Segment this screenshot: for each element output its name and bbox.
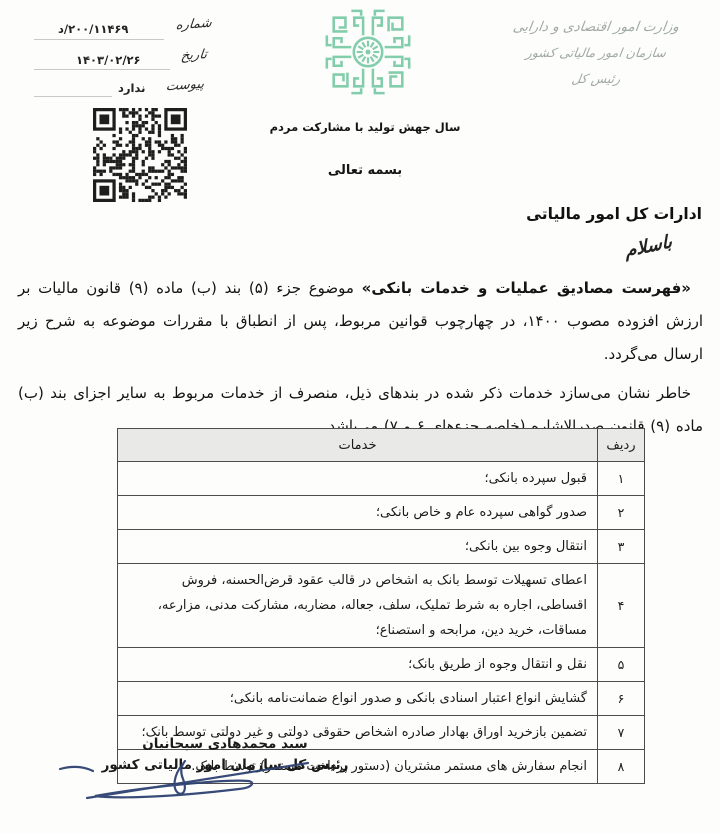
table-header-row: ردیف خدمات [118,429,645,462]
table-row: ۶گشایش انواع اعتبار اسنادی بانکی و صدور … [118,682,645,716]
service-description: گشایش انواع اعتبار اسنادی بانکی و صدور ا… [118,682,598,716]
ref-number-underline [34,39,164,40]
recipient-heading: ادارات کل امور مالیاتی [526,205,702,223]
service-description: نقل و انتقال وجوه از طریق بانک؛ [118,648,598,682]
date-label: تاریخ [180,47,208,64]
table-row: ۱قبول سپرده بانکی؛ [118,462,645,496]
attachment-label: پیوست [165,77,205,95]
row-number: ۱ [598,462,645,496]
paragraph-1: «فهرست مصادیق عملیات و خدمات بانکی» موضو… [18,272,703,371]
date-value: ۱۴۰۳/۰۲/۲۶ [76,53,141,67]
row-number: ۲ [598,496,645,530]
row-number: ۳ [598,530,645,564]
qr-code [92,108,188,202]
attachment-value: ندارد [118,81,145,95]
handwritten-greeting: باسلام [624,231,672,262]
row-number: ۷ [598,716,645,750]
date-underline [34,69,170,70]
handwritten-signature [53,752,375,824]
services-table: ردیف خدمات ۱قبول سپرده بانکی؛۲صدور گواهی… [117,428,645,784]
ref-number-value: د/۲۰۰/۱۱۴۶۹ [58,22,128,36]
letter-body: «فهرست مصادیق عملیات و خدمات بانکی» موضو… [18,272,703,443]
tax-administration-logo-icon [306,3,430,101]
letterhead-ministry: وزارت امور اقتصادی و دارایی [476,14,716,40]
ref-number-label: شماره [175,16,212,33]
table-row: ۴اعطای تسهیلات توسط بانک به اشخاص در قال… [118,564,645,648]
row-number: ۶ [598,682,645,716]
table-row: ۳انتقال وجوه بین بانکی؛ [118,530,645,564]
attachment-underline [34,96,112,97]
letterhead-office: رئیس کل [476,66,716,92]
service-description: اعطای تسهیلات توسط بانک به اشخاص در قالب… [118,564,598,648]
column-header-services: خدمات [118,429,598,462]
column-header-row-no: ردیف [598,429,645,462]
document-page: شماره د/۲۰۰/۱۱۴۶۹ تاریخ ۱۴۰۳/۰۲/۲۶ پیوست… [0,0,720,833]
table-row: ۵نقل و انتقال وجوه از طریق بانک؛ [118,648,645,682]
row-number: ۵ [598,648,645,682]
service-description: صدور گواهی سپرده عام و خاص بانکی؛ [118,496,598,530]
table-row: ۲صدور گواهی سپرده عام و خاص بانکی؛ [118,496,645,530]
service-description: قبول سپرده بانکی؛ [118,462,598,496]
paragraph-1-bold: «فهرست مصادیق عملیات و خدمات بانکی» [362,279,691,297]
row-number: ۴ [598,564,645,648]
service-description: انتقال وجوه بین بانکی؛ [118,530,598,564]
letterhead-organization: سازمان امور مالیاتی کشور [476,40,716,66]
row-number: ۸ [598,750,645,784]
letterhead: وزارت امور اقتصادی و دارایی سازمان امور … [478,14,714,92]
